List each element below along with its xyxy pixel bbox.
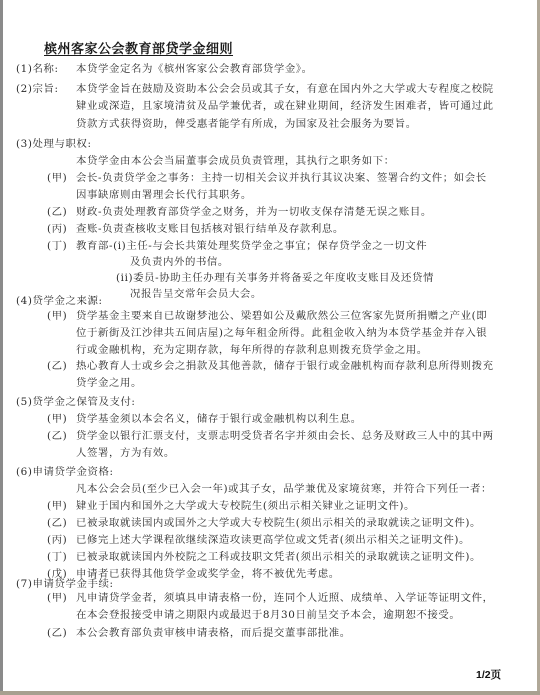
item-line: 在本会登报接受申请之期限内或最迟于8月30日前呈交予本会，逾期恕不接受。 [76, 609, 460, 622]
section-3-heading: (3)处理与职权: [16, 138, 92, 151]
item-line: 贷学金以银行汇票支付，支票志明受贷者名字并须由会长、总务及财政三人中的其中两 [76, 430, 494, 443]
item-label: (丁) [47, 551, 67, 564]
item-line: (ii)委员-协助主任办理有关事务并将备妥之年度收支账目及还贷情 [116, 272, 434, 285]
section-2-line: 贷款方式获得资助，俾受惠者能学有所成，为国家及社会服务为要旨。 [76, 118, 417, 131]
item-line: 人签署，方为有效。 [76, 447, 175, 460]
item-line: 申请者已获得其他贷学金或奖学金，将不被优先考虑。 [76, 568, 340, 581]
section-4-heading: (4)贷学金之来源: [16, 295, 103, 308]
item-line: 已被录取就读国内或国外之大学或大专校院生(须出示相关的录取就读之证明文件)。 [76, 517, 481, 530]
section-1-text: 本贷学金定名为《槟州客家公会教育部贷学金》。 [76, 63, 313, 76]
section-7-heading: (7)申请贷学金手续: [16, 578, 114, 591]
item-label: (甲) [47, 172, 67, 185]
item-line: 肄业于国内和国外之大学或大专校院生(须出示相关肄业之证明文件)。 [76, 500, 415, 513]
item-line: 已被录取就读国内外校院之工科或技职文凭者(须出示相关的录取就读之证明文件)。 [76, 551, 481, 564]
item-line: 凡申请贷学金者，须填具申请表格一份，连同个人近照、成绩单、入学证等证明文件， [76, 592, 494, 605]
item-label: (丙) [47, 534, 67, 547]
item-label: (甲) [47, 500, 67, 513]
item-label: (甲) [47, 413, 67, 426]
item-line: 位于新街及江沙律共五间店屋)之每年租金所得。此租金收入纳为本贷学基金并存入银 [76, 327, 487, 340]
item-label: (乙) [47, 627, 67, 640]
item-line: 贷学基金主要来自已故谢梦池公、梁碧如公及戴欣然公三位客家先贤所捐赠之产业(即 [76, 310, 487, 323]
document-page: 槟州客家公会教育部贷学金细则 (1)名称: 本贷学金定名为《槟州客家公会教育部贷… [3, 0, 537, 691]
item-label: (丙) [47, 223, 67, 236]
item-label: (乙) [47, 360, 67, 373]
item-line: 况报告呈交常年会员大会。 [130, 288, 262, 301]
item-line: 查账-负责查核收支账目包括核对银行结单及存款利息。 [76, 223, 344, 236]
item-line: 贷学基金须以本会名义，储存于银行或金融机构以利生息。 [76, 413, 362, 426]
document-title: 槟州客家公会教育部贷学金细则 [44, 38, 233, 57]
item-label: (甲) [47, 592, 67, 605]
item-line: 及负责内外的书信。 [130, 256, 229, 269]
item-line: 因事缺席则由署理会长代行其职务。 [76, 189, 252, 202]
section-2-line: 肄业或深造，且家境清贫及品学兼优者，或在肄业期间，经济发生困难者，皆可通过此 [76, 100, 494, 113]
item-line: 已修完上述大学课程欲继续深造攻读更高学位或文凭者(须出示相关之证明文件)。 [76, 534, 470, 547]
item-line: 热心教育人士或乡会之捐款及其他善款，储存于银行或金融机构而存款利息所得则拨充 [76, 360, 494, 373]
page-border-bottom [0, 691, 540, 695]
item-line: 财政-负责处理教育部贷学金之财务，并为一切收支保存清楚无误之账目。 [76, 206, 432, 219]
item-line: 行或金融机构，充为定期存款，每年所得的存款利息则拨充贷学金之用。 [76, 344, 428, 357]
item-label: (甲) [47, 310, 67, 323]
section-2-line: 本贷学金旨在鼓励及资助本公会会员或其子女，有意在国内外之大学或大专程度之校院 [76, 83, 494, 96]
item-label: (乙) [47, 206, 67, 219]
item-label: (乙) [47, 517, 67, 530]
page-indicator: 1/2页 [476, 667, 501, 682]
item-label: (乙) [47, 430, 67, 443]
item-line: 教育部-(i)主任-与会长共策处理奖贷学金之事宜；保存贷学金之一切文件 [76, 240, 427, 253]
item-line: 会长-负责贷学金之事务：主持一切相关会议并执行其议决案、签署合约文件；如会长 [76, 172, 487, 185]
item-line: 贷学金之用。 [76, 377, 142, 390]
section-5-heading: (5)贷学金之保管及支付: [16, 396, 136, 409]
item-line: 本公会教育部负责审核申请表格，而后提交董事部批准。 [76, 627, 351, 640]
section-3-intro: 本贷学金由本公会当届董事会成员负责管理，其执行之职务如下： [76, 155, 395, 168]
section-2-heading: (2)宗旨: [16, 83, 59, 96]
section-1-heading: (1)名称: [16, 63, 59, 76]
section-6-intro: 凡本公会会员(至少已入会一年)或其子女，品学兼优及家境贫寒，并符合下列任一者： [76, 483, 492, 496]
item-label: (丁) [47, 240, 67, 253]
section-6-heading: (6)申请贷学金资格: [16, 466, 114, 479]
